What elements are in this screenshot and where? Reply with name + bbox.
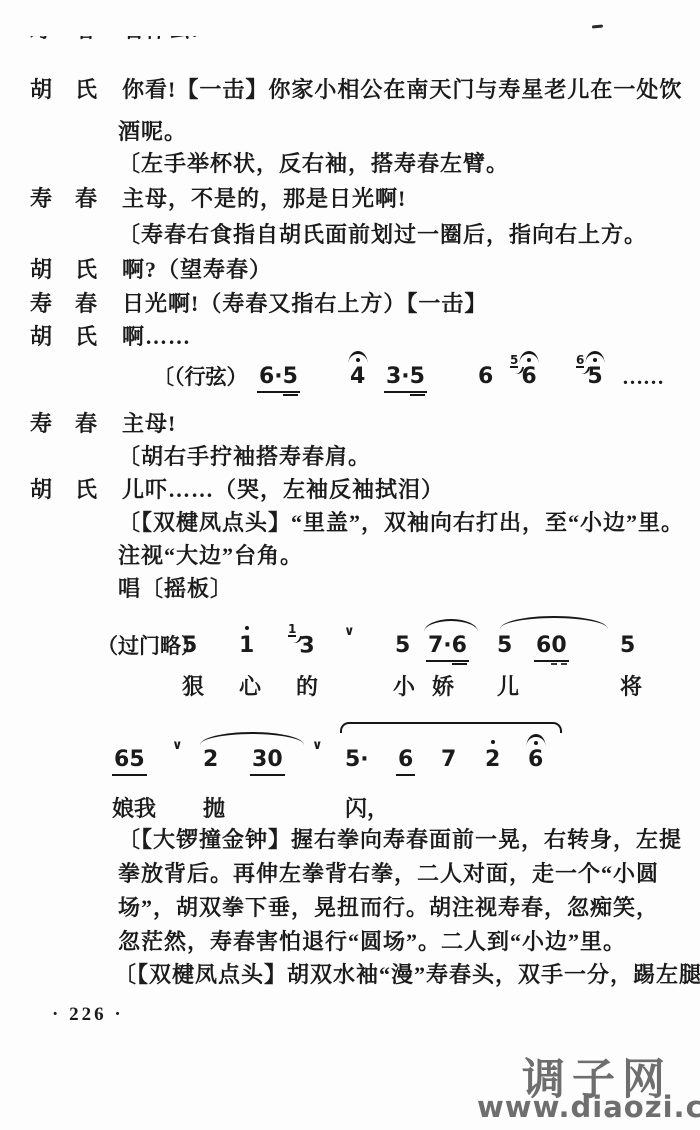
dialogue-line: 胡氏啊?（望寿春） <box>30 256 272 284</box>
stage-direction: 〔【双楗凤点头】胡双水袖“漫”寿春头，双手一分，踢左腿， <box>114 961 700 989</box>
page-crop-edge <box>0 0 700 36</box>
note: 6 <box>398 747 413 772</box>
grace-note-figure: 56 <box>510 365 537 389</box>
stage-direction: 〔【大锣撞金钟】握右拳向寿春面前一晃，右转身，左提 <box>118 826 682 854</box>
stage-direction: 〔胡右手拧袖搭寿春肩。 <box>118 443 371 471</box>
note-group: 6·5 <box>257 365 300 393</box>
stage-direction: 〔寿春右食指自胡氏面前划过一圈后，指向右上方。 <box>118 221 647 249</box>
dialogue-text: 啊?（望寿春） <box>122 257 272 282</box>
note: 5 <box>395 634 410 658</box>
stage-direction-continuation: 拳放背后。再伸左拳背右拳，二人对面，走一个“小圆 <box>118 860 659 888</box>
note: 7· <box>428 633 452 658</box>
note: 2 <box>203 748 218 772</box>
note: 6 <box>478 365 493 389</box>
lyric-syllable: 小 <box>393 670 415 701</box>
watermark-site-url: www.diaozi.com <box>477 1090 700 1124</box>
direction-text: 〔胡右手拧袖搭寿春肩。 <box>118 444 371 469</box>
lyric-syllable: 儿 <box>497 670 519 701</box>
lyric-syllable: 闪， <box>345 792 389 823</box>
note-group: 60 <box>534 634 569 662</box>
lyric-syllable: 抛 <box>203 792 225 823</box>
ellipsis: …… <box>622 365 664 389</box>
speaker-name: 胡氏 <box>30 256 122 284</box>
grace-note-figure: 13 <box>288 634 315 658</box>
direction-text: 忽茫然，寿春害怕退行“圆场”。二人到“小边”里。 <box>118 929 626 954</box>
lyric-syllable: 的 <box>296 670 318 701</box>
dialogue-text: 主母，不是的，那是日光啊! <box>122 186 406 211</box>
note: 3· <box>386 364 410 389</box>
lyric-syllable: 狠 <box>182 670 204 701</box>
cue-text: 唱〔摇板〕 <box>118 576 233 601</box>
dialogue-text: 酒呢。 <box>118 119 187 144</box>
note: 6 <box>528 748 543 772</box>
note: 5 <box>182 634 197 658</box>
music-line-vocal-1: （过门略） 5 1 13 ∨ 5 7·6 5 60 5 <box>0 614 700 674</box>
dialogue-text: 你家小相公在南天门与寿星老儿在一处饮 <box>268 77 682 102</box>
stage-direction-continuation: 注视“大边”台角。 <box>118 542 303 570</box>
note: 5 <box>283 364 298 389</box>
speaker-name: 寿春 <box>30 290 122 318</box>
note: 6 <box>536 633 551 658</box>
direction-text: 胡双水袖“漫”寿春头，双手一分，踢左腿， <box>287 962 700 987</box>
dialogue-text: 你看! <box>122 77 176 102</box>
note-group: 7·6 <box>426 634 469 662</box>
note: 0 <box>551 633 566 658</box>
direction-text: 〔寿春右食指自胡氏面前划过一圈后，指向右上方。 <box>118 222 647 247</box>
direction-text: 注视“大边”台角。 <box>118 543 303 568</box>
note-group: 3·5 <box>384 365 427 393</box>
note: 1 <box>239 634 254 658</box>
breath-mark: ∨ <box>172 734 183 758</box>
speaker-name: 胡氏 <box>30 76 122 104</box>
note: 5 <box>497 634 512 658</box>
dialogue-continuation: 酒呢。 <box>118 118 187 146</box>
speaker-name: 寿春 <box>30 185 122 213</box>
slur-arc <box>200 732 304 745</box>
note-fermata: 6 <box>528 748 543 772</box>
note: 6 <box>114 747 129 772</box>
stage-direction: 〔左手举杯状，反右袖，搭寿春左臂。 <box>118 150 509 178</box>
music-line-vocal-2: 65 ∨ 2 30 ∨ 5· 6 7 2 6 <box>0 728 700 788</box>
stage-direction: 〔【双楗凤点头】“里盖”，双袖向右打出，至“小边”里。 <box>118 509 684 537</box>
dialogue-text: 儿吓……（哭，左袖反袖拭泪） <box>122 477 444 502</box>
grace-note: 1 <box>288 623 296 637</box>
note-group: 65 <box>112 748 147 776</box>
percussion-pattern-name: 〔【双楗凤点头】 <box>114 962 287 987</box>
note: 6 <box>452 633 467 658</box>
note: 5 <box>587 365 602 389</box>
direction-text: 握右拳向寿春面前一晃，右转身，左提 <box>291 827 682 852</box>
lyric-syllable: 娇 <box>432 670 454 701</box>
note-high-octave: 1 <box>239 634 254 658</box>
direction-text: 拳放背后。再伸左拳背右拳，二人对面，走一个“小圆 <box>118 861 659 886</box>
note: 5 <box>129 747 144 772</box>
page-number: · 226 · <box>52 1004 124 1026</box>
grace-note: 6 <box>576 354 584 368</box>
dialogue-line: 胡氏儿吓……（哭，左袖反袖拭泪） <box>30 476 444 504</box>
dialogue-line: 寿春主母，不是的，那是日光啊! <box>30 185 406 213</box>
direction-text: 〔左手举杯状，反右袖，搭寿春左臂。 <box>118 151 509 176</box>
percussion-cue: 【一击】 <box>176 77 268 102</box>
stage-direction-continuation: 忽茫然，寿春害怕退行“圆场”。二人到“小边”里。 <box>118 928 626 956</box>
lyric-syllable: 娘我 <box>112 792 156 823</box>
note: 5 <box>620 634 635 658</box>
direction-text: “里盖”，双袖向右打出，至“小边”里。 <box>291 510 684 535</box>
singing-cue: 唱〔摇板〕 <box>118 575 233 603</box>
percussion-pattern-name: 〔【双楗凤点头】 <box>118 510 291 535</box>
direction-text: 场”，胡双拳下垂，晃扭而行。胡注视寿春，忽痴笑， <box>118 895 659 920</box>
speaker-name: 寿春 <box>30 410 122 438</box>
grace-note: 5 <box>510 354 518 368</box>
music-line-xingxian: 〔（行弦） 6·5 4 3·5 6 56 65 …… <box>0 345 700 405</box>
note: 5· <box>345 748 369 772</box>
note: 5 <box>410 364 425 389</box>
percussion-pattern-name: 〔【大锣撞金钟】 <box>118 827 291 852</box>
dialogue-line: 胡氏你看!【一击】你家小相公在南天门与寿星老儿在一处饮 <box>30 76 682 104</box>
scanned-script-page: 寿春看什么! 胡氏你看!【一击】你家小相公在南天门与寿星老儿在一处饮 酒呢。 〔… <box>0 0 700 1130</box>
note: 7 <box>441 748 456 772</box>
note-group: 30 <box>250 748 285 776</box>
note: 6 <box>521 365 536 389</box>
breath-mark: ∨ <box>344 620 355 644</box>
note: 0 <box>267 747 282 772</box>
lyrics-line: 狠 心 的 小 娇 儿 将 <box>0 670 700 700</box>
lyric-syllable: 心 <box>239 670 261 701</box>
lyrics-line: 娘我 抛 闪， <box>0 792 700 822</box>
dialogue-text: 主母! <box>122 411 176 436</box>
note: 6· <box>259 364 283 389</box>
note: 4 <box>350 365 365 389</box>
note: 2 <box>485 748 500 772</box>
note: 3 <box>252 747 267 772</box>
dialogue-line: 寿春日光啊!（寿春又指右上方）【一击】 <box>30 290 487 318</box>
note-fermata: 4 <box>350 365 365 389</box>
dialogue-line: 寿春主母! <box>30 410 176 438</box>
stage-direction-continuation: 场”，胡双拳下垂，晃扭而行。胡注视寿春，忽痴笑， <box>118 894 659 922</box>
music-label: 〔（行弦） <box>153 365 248 389</box>
note-group: 6 <box>396 748 415 776</box>
dialogue-text: 日光啊!（寿春又指右上方） <box>122 291 406 316</box>
percussion-cue: 【一击】 <box>406 291 487 316</box>
slur-arc <box>500 616 608 629</box>
note-high-octave: 2 <box>485 748 500 772</box>
slur-arc-long <box>340 722 562 733</box>
breath-mark: ∨ <box>312 734 323 758</box>
grace-note-figure: 65 <box>576 365 603 389</box>
speaker-name: 胡氏 <box>30 476 122 504</box>
lyric-syllable: 将 <box>620 670 642 701</box>
slur-arc <box>424 619 478 632</box>
